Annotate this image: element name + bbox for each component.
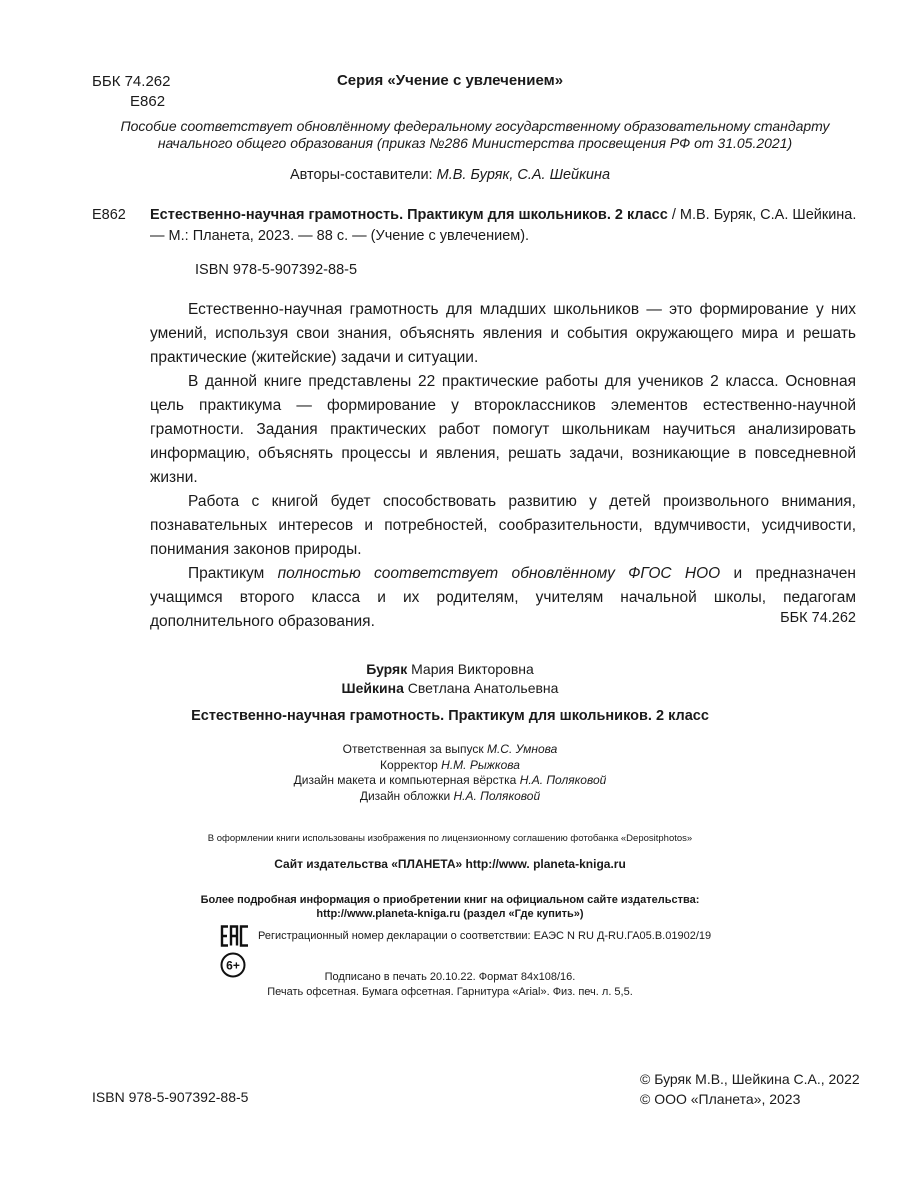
purchase-info-link: http://www.planeta-kniga.ru (раздел «Где… <box>0 907 900 921</box>
deposit-note: В оформлении книги использованы изображе… <box>0 833 900 844</box>
staff-credits: Ответственная за выпуск М.С. Умнова Корр… <box>0 742 900 804</box>
authors-line: Авторы-составители: М.В. Буряк, С.А. Шей… <box>0 167 900 183</box>
bib-title: Естественно-научная грамотность. Практик… <box>150 207 668 223</box>
copyright-publisher: © ООО «Планета», 2023 <box>640 1089 860 1109</box>
author-surname: Буряк <box>366 661 407 677</box>
eac-text: Регистрационный номер декларации о соотв… <box>258 930 711 942</box>
copyright-authors: © Буряк М.В., Шейкина С.А., 2022 <box>640 1069 860 1089</box>
staff-credit: Ответственная за выпуск М.С. Умнова <box>0 742 900 758</box>
imprint-book-title: Естественно-научная грамотность. Практик… <box>0 708 900 724</box>
author-mark: Е862 <box>92 92 170 112</box>
authors-label: Авторы-составители: <box>290 167 433 183</box>
standard-note-line-2: начального общего образования (приказ №2… <box>95 135 855 152</box>
annotation: Естественно-научная грамотность для млад… <box>150 298 856 634</box>
standard-note-line-1: Пособие соответствует обновлённому федер… <box>95 118 855 135</box>
purchase-info: Более подробная информация о приобретени… <box>0 893 900 921</box>
copyright-block: © Буряк М.В., Шейкина С.А., 2022 © ООО «… <box>640 1069 860 1109</box>
annotation-emphasis: полностью соответствует обновлённому ФГО… <box>278 565 721 582</box>
isbn-top: ISBN 978-5-907392-88-5 <box>195 262 357 278</box>
bib-code: Е862 <box>92 205 126 226</box>
annotation-paragraph: Естественно-научная грамотность для млад… <box>150 298 856 370</box>
staff-credit: Корректор Н.М. Рыжкова <box>0 758 900 774</box>
standard-note: Пособие соответствует обновлённому федер… <box>95 118 855 152</box>
print-info-line: Подписано в печать 20.10.22. Формат 84х1… <box>0 970 900 985</box>
eac-mark-icon <box>220 925 250 947</box>
staff-credit: Дизайн обложки Н.А. Поляковой <box>0 789 900 805</box>
author-name: Мария Викторовна <box>407 661 534 677</box>
print-info: Подписано в печать 20.10.22. Формат 84х1… <box>0 970 900 1000</box>
authors-names: М.В. Буряк, С.А. Шейкина <box>437 167 610 183</box>
annotation-text: Практикум <box>188 565 278 582</box>
author-name: Светлана Анатольевна <box>404 680 559 696</box>
purchase-info-line: Более подробная информация о приобретени… <box>0 893 900 907</box>
publisher-site: Сайт издательства «ПЛАНЕТА» http://www. … <box>0 857 900 871</box>
eac-declaration: Регистрационный номер декларации о соотв… <box>220 924 711 948</box>
isbn-bottom: ISBN 978-5-907392-88-5 <box>92 1089 248 1105</box>
author-surname: Шейкина <box>342 680 404 696</box>
bibliographic-record: Е862 Естественно-научная грамотность. Пр… <box>92 205 858 247</box>
annotation-paragraph: В данной книге представлены 22 практичес… <box>150 370 856 490</box>
staff-credit: Дизайн макета и компьютерная вёрстка Н.А… <box>0 773 900 789</box>
annotation-paragraph: Работа с книгой будет способствовать раз… <box>150 490 856 562</box>
imprint-authors: Буряк Мария Викторовна Шейкина Светлана … <box>0 660 900 698</box>
series-title: Серия «Учение с увлечением» <box>0 72 900 89</box>
print-info-line: Печать офсетная. Бумага офсетная. Гарнит… <box>0 985 900 1000</box>
bbk-code-right: ББК 74.262 <box>780 610 856 626</box>
annotation-paragraph: Практикум полностью соответствует обновл… <box>150 562 856 634</box>
